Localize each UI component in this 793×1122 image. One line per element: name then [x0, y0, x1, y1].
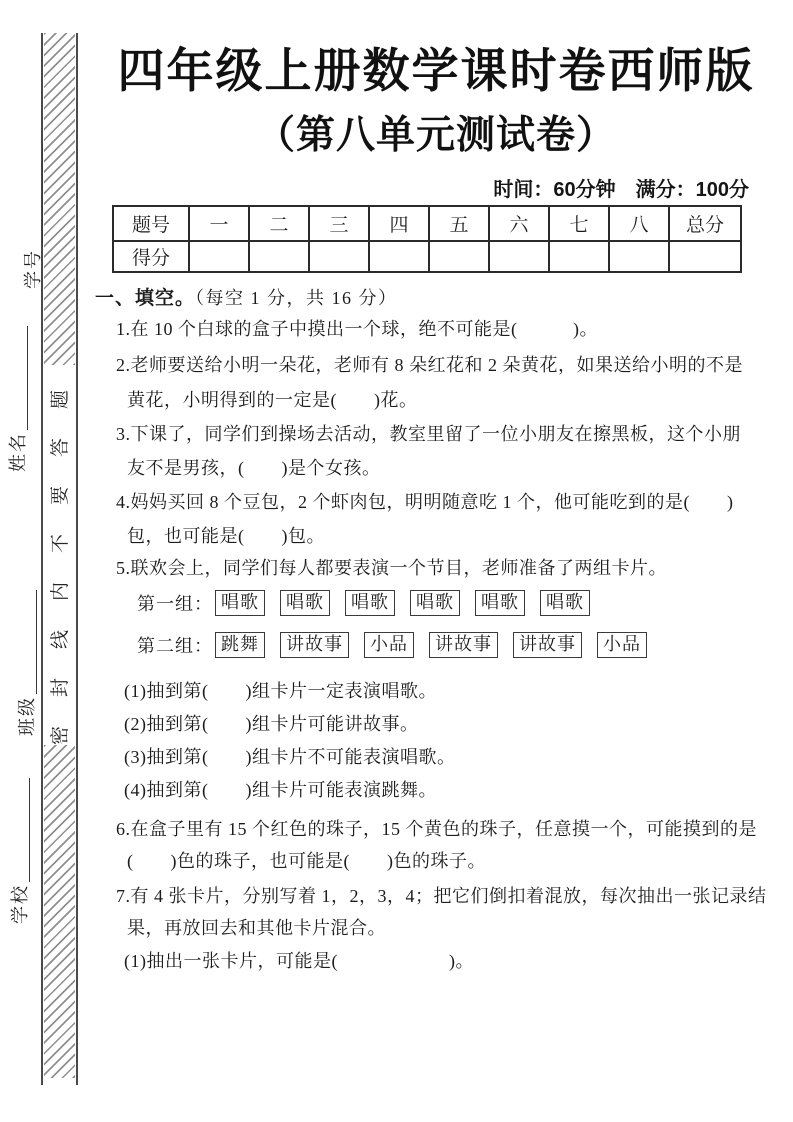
card-box: 跳舞	[215, 632, 265, 658]
hatch-pattern-top	[44, 33, 75, 365]
test-paper-page: 密封线内不要答题 学号 姓名 班级 学校 四年级上册数学课时卷西师版 （第八单元…	[0, 0, 793, 1122]
blank-line	[22, 326, 28, 430]
blank-line	[37, 143, 43, 247]
score-cell	[609, 241, 669, 272]
card-box: 讲故事	[429, 632, 498, 658]
score-table-header-cell: 二	[249, 206, 309, 241]
score-cell	[309, 241, 369, 272]
card-box: 唱歌	[475, 590, 525, 616]
score-cell	[549, 241, 609, 272]
time-score-info: 时间：60分钟 满分：100分	[493, 173, 749, 202]
class-label: 班级	[17, 696, 37, 736]
card-group-1: 第一组： 唱歌 唱歌 唱歌 唱歌 唱歌 唱歌	[137, 590, 605, 616]
score-table-header-row: 题号 一 二 三 四 五 六 七 八 总分	[113, 206, 741, 241]
score-cell	[369, 241, 429, 272]
score-table-header-cell: 六	[489, 206, 549, 241]
score-table-header-cell: 八	[609, 206, 669, 241]
score-table-header-cell: 题号	[113, 206, 189, 241]
score-table-score-row: 得分	[113, 241, 741, 272]
card-box: 讲故事	[280, 632, 349, 658]
score-table-header-cell: 四	[369, 206, 429, 241]
question-2-line-1: 2.老师要送给小明一朵花，老师有 8 朵红花和 2 朵黄花，如果送给小明的不是	[116, 353, 743, 377]
section-heading: 一、填空。（每空 1 分，共 16 分）	[95, 286, 398, 311]
question-5-sub-1: (1)抽到第( )组卡片一定表演唱歌。	[124, 679, 437, 703]
question-6-line-1: 6.在盒子里有 15 个红色的珠子，15 个黄色的珠子，任意摸一个，可能摸到的是	[116, 817, 757, 841]
card-group-2-label: 第二组：	[137, 632, 213, 658]
question-5: 5.联欢会上，同学们每人都要表演一个节目，老师准备了两组卡片。	[116, 556, 667, 580]
score-cell	[489, 241, 549, 272]
question-7-sub-1: (1)抽出一张卡片，可能是( )。	[124, 949, 474, 973]
paper-subtitle: （第八单元测试卷）	[92, 104, 780, 160]
student-name-label: 姓名	[8, 432, 28, 472]
card-group-2: 第二组： 跳舞 讲故事 小品 讲故事 讲故事 小品	[137, 632, 662, 658]
question-6-line-2: ( )色的珠子，也可能是( )色的珠子。	[127, 849, 486, 873]
question-3-line-1: 3.下课了，同学们到操场去活动，教室里留了一位小朋友在擦黑板，这个小朋	[116, 422, 741, 446]
class-field: 班级	[15, 586, 37, 736]
card-box: 唱歌	[540, 590, 590, 616]
score-cell	[189, 241, 249, 272]
blank-line	[24, 778, 30, 882]
section-title: 一、填空。	[95, 288, 195, 309]
school-label: 学校	[10, 884, 30, 924]
score-cell	[429, 241, 489, 272]
seal-warning-label: 密封线内不要答题	[45, 361, 72, 745]
card-box: 唱歌	[215, 590, 265, 616]
score-table-header-cell: 一	[189, 206, 249, 241]
question-3-line-2: 友不是男孩，( )是个女孩。	[127, 456, 381, 480]
question-2-line-2: 黄花，小明得到的一定是( )花。	[127, 388, 418, 412]
card-box: 小品	[364, 632, 414, 658]
seal-warning-text: 密封线内不要答题	[40, 343, 76, 763]
card-group-1-label: 第一组：	[137, 590, 213, 616]
paper-title: 四年级上册数学课时卷西师版	[92, 34, 780, 101]
student-id-field: 学号	[21, 139, 43, 289]
score-cell	[249, 241, 309, 272]
card-box: 唱歌	[280, 590, 330, 616]
student-id-label: 学号	[23, 249, 43, 289]
question-7-line-1: 7.有 4 张卡片，分别写着 1，2，3，4；把它们倒扣着混放，每次抽出一张记录…	[116, 884, 767, 908]
school-field: 学校	[8, 774, 30, 924]
card-box: 小品	[597, 632, 647, 658]
question-4-line-1: 4.妈妈买回 8 个豆包，2 个虾肉包，明明随意吃 1 个，他可能吃到的是( )	[116, 490, 734, 514]
score-table: 题号 一 二 三 四 五 六 七 八 总分 得分	[112, 205, 742, 273]
section-points-note: （每空 1 分，共 16 分）	[195, 288, 398, 308]
blank-line	[31, 590, 37, 694]
question-5-sub-3: (3)抽到第( )组卡片不可能表演唱歌。	[124, 745, 455, 769]
hatch-pattern-bottom	[44, 745, 75, 1078]
card-box: 讲故事	[513, 632, 582, 658]
question-1: 1.在 10 个白球的盒子中摸出一个球，绝不可能是( )。	[116, 317, 598, 341]
question-5-sub-2: (2)抽到第( )组卡片可能讲故事。	[124, 712, 418, 736]
score-cell	[669, 241, 741, 272]
card-box: 唱歌	[410, 590, 460, 616]
question-4-line-2: 包，也可能是( )包。	[127, 524, 325, 548]
question-5-sub-4: (4)抽到第( )组卡片可能表演跳舞。	[124, 778, 437, 802]
score-table-header-cell: 三	[309, 206, 369, 241]
score-table-header-cell: 五	[429, 206, 489, 241]
score-table-header-cell: 七	[549, 206, 609, 241]
student-name-field: 姓名	[6, 322, 28, 472]
score-row-label: 得分	[113, 241, 189, 272]
score-table-header-cell: 总分	[669, 206, 741, 241]
question-7-line-2: 果，再放回去和其他卡片混合。	[127, 916, 386, 940]
card-box: 唱歌	[345, 590, 395, 616]
